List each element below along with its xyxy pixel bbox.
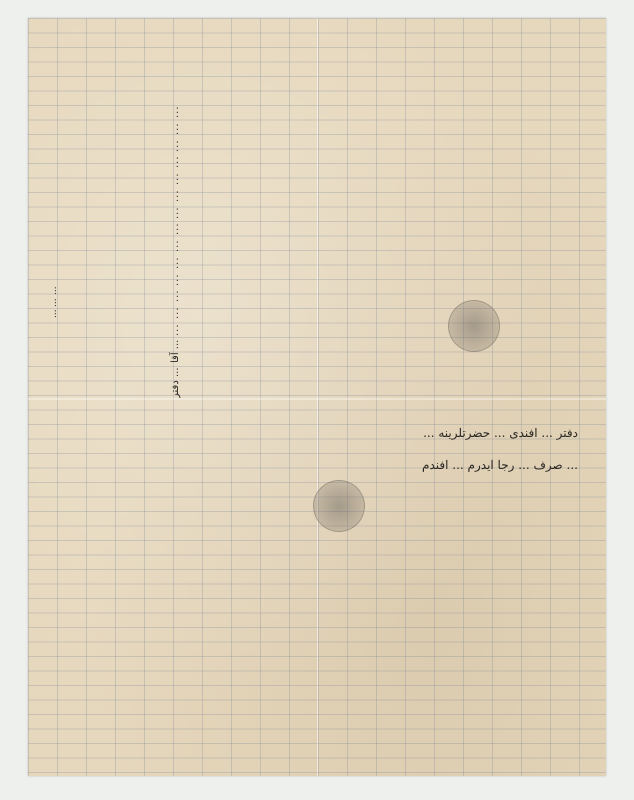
text-line: دفتر ...: [168, 368, 183, 399]
text-line: ...: [168, 139, 183, 152]
main-vertical-text: دفتر ... آقا ... ... ... ... ... ... ...…: [168, 48, 468, 398]
text-line: ...: [168, 206, 183, 219]
text-line: آقا ...: [168, 340, 183, 363]
horizontal-text-line-2: ... صرف ... رجا ایدرم ... افندم: [422, 458, 578, 472]
left-margin-note: ... ... ...: [48, 128, 61, 318]
upper-seal: [448, 300, 500, 352]
text-line: ...: [168, 106, 183, 119]
text-line: ...: [168, 307, 183, 320]
text-line: ...: [168, 189, 183, 202]
text-line: ...: [168, 240, 183, 253]
document-page: دفتر ... آقا ... ... ... ... ... ... ...…: [28, 18, 606, 776]
text-line: ...: [168, 290, 183, 303]
text-line: ...: [168, 273, 183, 286]
text-line: ...: [168, 122, 183, 135]
lower-seal: [313, 480, 365, 532]
text-line: ...: [168, 156, 183, 169]
horizontal-fold: [28, 398, 606, 400]
text-line: ...: [168, 256, 183, 269]
text-line: ...: [168, 223, 183, 236]
horizontal-text-line-1: دفتر ... افندی ... حضرتلرینه ...: [423, 426, 578, 440]
text-line: ...: [168, 173, 183, 186]
text-line: ...: [168, 323, 183, 336]
